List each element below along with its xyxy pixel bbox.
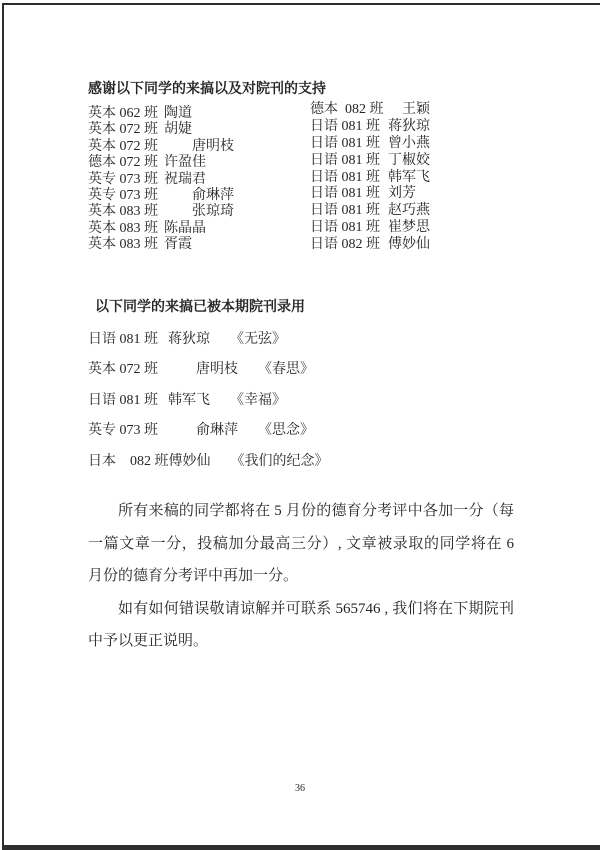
student-name: 俞琳萍	[164, 188, 234, 203]
student-name: 傅妙仙	[169, 454, 211, 469]
body-paragraphs: 所有来稿的同学都将在 5 月份的德育分考评中各加一分（每一篇文章一分，投稿加分最…	[88, 495, 514, 658]
class-label: 日语 081 班	[310, 220, 388, 237]
class-label: 英本 072 班	[88, 122, 164, 138]
supporter-row: 英本 083 班 张琼琦	[88, 204, 234, 220]
page-number: 36	[0, 783, 600, 794]
accepted-row: 日语 081 班蒋狄琼《无弦》	[88, 325, 329, 355]
supporter-row: 英本 083 班陈晶晶	[88, 221, 234, 237]
class-label: 日语 081 班	[310, 136, 388, 153]
student-name: 陈晶晶	[164, 221, 206, 236]
page-title: 感谢以下同学的来搞以及对院刊的支持	[88, 78, 326, 98]
supporter-row: 英本 083 班胥霞	[88, 237, 234, 253]
class-label: 英本 083 班	[88, 221, 164, 237]
class-label: 德本 082 班	[310, 102, 388, 119]
supporter-row: 日语 081 班蒋狄琼	[310, 119, 430, 136]
class-label: 德本 072 班	[88, 155, 164, 171]
student-name: 曾小燕	[388, 136, 430, 151]
class-label: 英专 073 班	[88, 416, 168, 446]
work-title: 《我们的纪念》	[231, 454, 329, 469]
student-name: 韩军飞	[168, 393, 210, 408]
paragraph-bonus-points: 所有来稿的同学都将在 5 月份的德育分考评中各加一分（每一篇文章一分，投稿加分最…	[88, 495, 514, 593]
class-label: 英本 072 班	[88, 139, 164, 155]
student-name: 俞琳萍	[168, 423, 238, 438]
student-name: 许盈佳	[164, 155, 206, 170]
student-name: 刘芳	[388, 186, 416, 201]
accepted-row: 日本 082 班傅妙仙《我们的纪念》	[88, 447, 329, 477]
class-label: 日语 081 班	[88, 325, 168, 355]
student-name: 张琼琦	[164, 204, 234, 219]
student-name: 陶道	[164, 106, 192, 121]
student-name: 丁椒姣	[388, 153, 430, 168]
work-title: 《无弦》	[230, 332, 286, 347]
paragraph-corrections-contact: 如有如何错误敬请谅解并可联系 565746 , 我们将在下期院刊中予以更正说明。	[88, 593, 514, 658]
class-label: 英专 073 班	[88, 188, 164, 204]
supporters-right-column: 德本 082 班 王颖 日语 081 班蒋狄琼 日语 081 班曾小燕 日语 0…	[310, 102, 430, 254]
class-label: 日语 081 班	[310, 119, 388, 136]
student-name: 王颖	[388, 102, 430, 117]
class-label: 日语 081 班	[88, 386, 168, 416]
student-name: 蒋狄琼	[388, 119, 430, 134]
supporter-row: 英本 072 班 唐明枝	[88, 139, 234, 155]
student-name: 崔梦思	[388, 220, 430, 235]
class-label: 日本 082 班	[88, 447, 169, 477]
supporter-row: 德本 072 班许盈佳	[88, 155, 234, 171]
class-label: 日语 082 班	[310, 237, 388, 254]
class-label: 英专 073 班	[88, 172, 164, 188]
supporter-row: 英本 072 班胡婕	[88, 122, 234, 138]
work-title: 《幸福》	[230, 393, 286, 408]
student-name: 赵巧燕	[388, 203, 430, 218]
student-name: 祝瑞君	[164, 172, 206, 187]
supporter-row: 日语 081 班丁椒姣	[310, 153, 430, 170]
work-title: 《春思》	[258, 362, 314, 377]
student-name: 唐明枝	[168, 362, 238, 377]
class-label: 英本 083 班	[88, 237, 164, 253]
work-title: 《思念》	[258, 423, 314, 438]
accepted-row: 日语 081 班韩军飞《幸福》	[88, 386, 329, 416]
class-label: 英本 072 班	[88, 355, 168, 385]
class-label: 英本 062 班	[88, 106, 164, 122]
supporter-row: 英专 073 班 俞琳萍	[88, 188, 234, 204]
accepted-submissions-list: 日语 081 班蒋狄琼《无弦》 英本 072 班 唐明枝《春思》 日语 081 …	[88, 325, 329, 477]
student-name: 傅妙仙	[388, 237, 430, 252]
accepted-section-header: 以下同学的来搞已被本期院刊录用	[95, 296, 305, 316]
supporter-row: 日语 081 班刘芳	[310, 186, 430, 203]
class-label: 日语 081 班	[310, 203, 388, 220]
supporter-row: 英专 073 班祝瑞君	[88, 172, 234, 188]
student-name: 唐明枝	[164, 139, 234, 154]
class-label: 日语 081 班	[310, 153, 388, 170]
class-label: 日语 081 班	[310, 186, 388, 203]
supporter-row: 日语 081 班赵巧燕	[310, 203, 430, 220]
student-name: 胥霞	[164, 237, 192, 252]
supporter-row: 日语 081 班韩军飞	[310, 170, 430, 187]
supporter-row: 日语 081 班崔梦思	[310, 220, 430, 237]
accepted-row: 英本 072 班 唐明枝《春思》	[88, 355, 329, 385]
student-name: 韩军飞	[388, 170, 430, 185]
accepted-row: 英专 073 班 俞琳萍《思念》	[88, 416, 329, 446]
supporter-row: 日语 082 班傅妙仙	[310, 237, 430, 254]
supporter-row: 德本 082 班 王颖	[310, 102, 430, 119]
student-name: 胡婕	[164, 122, 192, 137]
supporter-row: 日语 081 班曾小燕	[310, 136, 430, 153]
supporters-left-column: 英本 062 班陶道 英本 072 班胡婕 英本 072 班 唐明枝 德本 07…	[88, 106, 234, 254]
class-label: 英本 083 班	[88, 204, 164, 220]
class-label: 日语 081 班	[310, 170, 388, 187]
supporter-row: 英本 062 班陶道	[88, 106, 234, 122]
student-name: 蒋狄琼	[168, 332, 210, 347]
